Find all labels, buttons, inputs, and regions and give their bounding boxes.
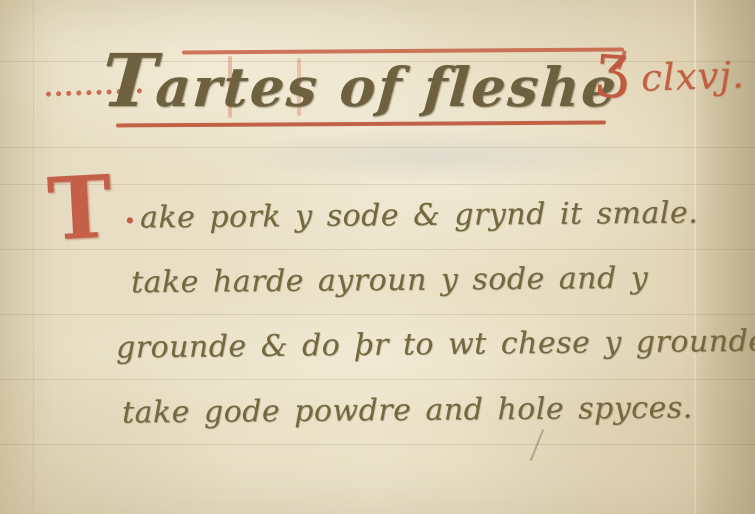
- recipe-text-line: take harde ayroun y sode and y: [131, 264, 648, 299]
- ruling-line: [0, 444, 755, 445]
- folio-number: clxvj.: [640, 56, 745, 97]
- verso-show-through: [225, 130, 655, 182]
- ruling-line: [0, 379, 755, 380]
- manuscript-page: Tartes of fleshe Ʒ clxvj. T · ake pork y…: [0, 0, 755, 514]
- paraph-mark: Ʒ: [594, 47, 631, 107]
- recipe-text-line: grounde & do þr to wt chese y grounde.: [116, 327, 755, 364]
- recipe-title: Tartes of fleshe: [99, 38, 621, 125]
- recipe-text-line: take gode powdre and hole spyces.: [122, 394, 693, 429]
- ruling-line: [0, 184, 755, 185]
- recipe-text-line: ake pork y sode & grynd it smale.: [140, 199, 698, 234]
- rubricated-initial-stop: ·: [124, 204, 136, 238]
- ruling-line: [0, 314, 755, 315]
- rubricated-initial: T: [46, 164, 114, 253]
- pen-descender-stroke: [530, 429, 545, 461]
- margin-ruling-line: [33, 0, 34, 514]
